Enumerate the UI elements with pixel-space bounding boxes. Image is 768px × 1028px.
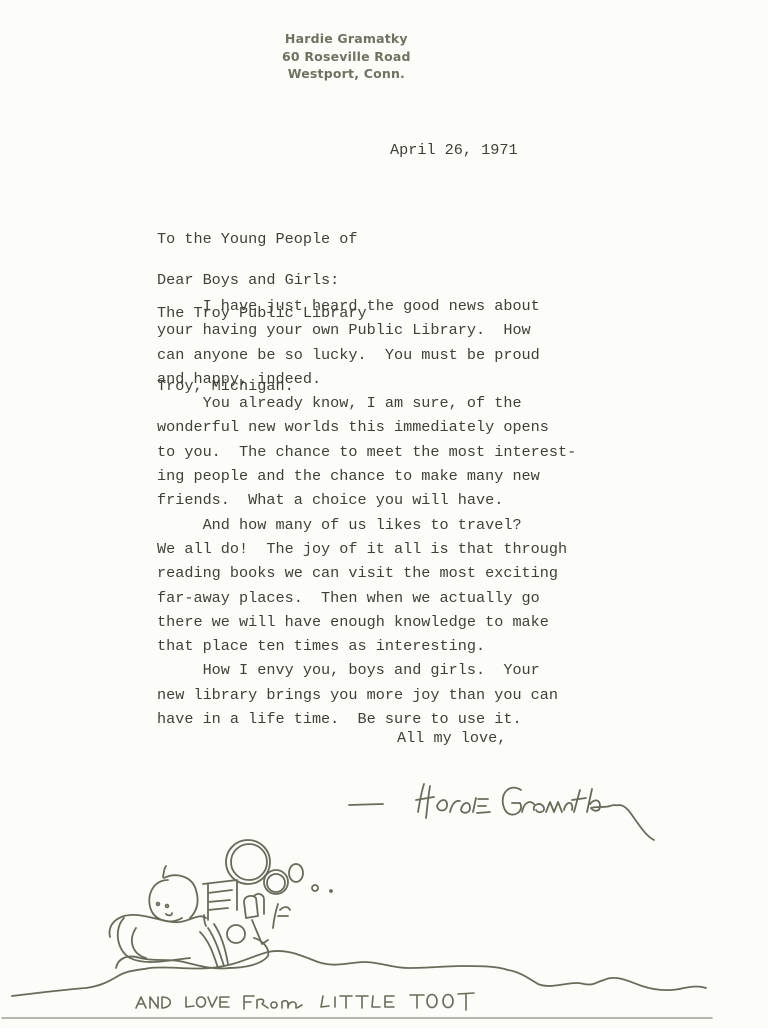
pencil-sketch bbox=[0, 0, 768, 1028]
smoke-bubbles bbox=[226, 840, 332, 894]
signature bbox=[349, 784, 654, 840]
wave-line bbox=[12, 951, 706, 996]
letter-page: Hardie Gramatky 60 Roseville Road Westpo… bbox=[0, 0, 768, 1028]
